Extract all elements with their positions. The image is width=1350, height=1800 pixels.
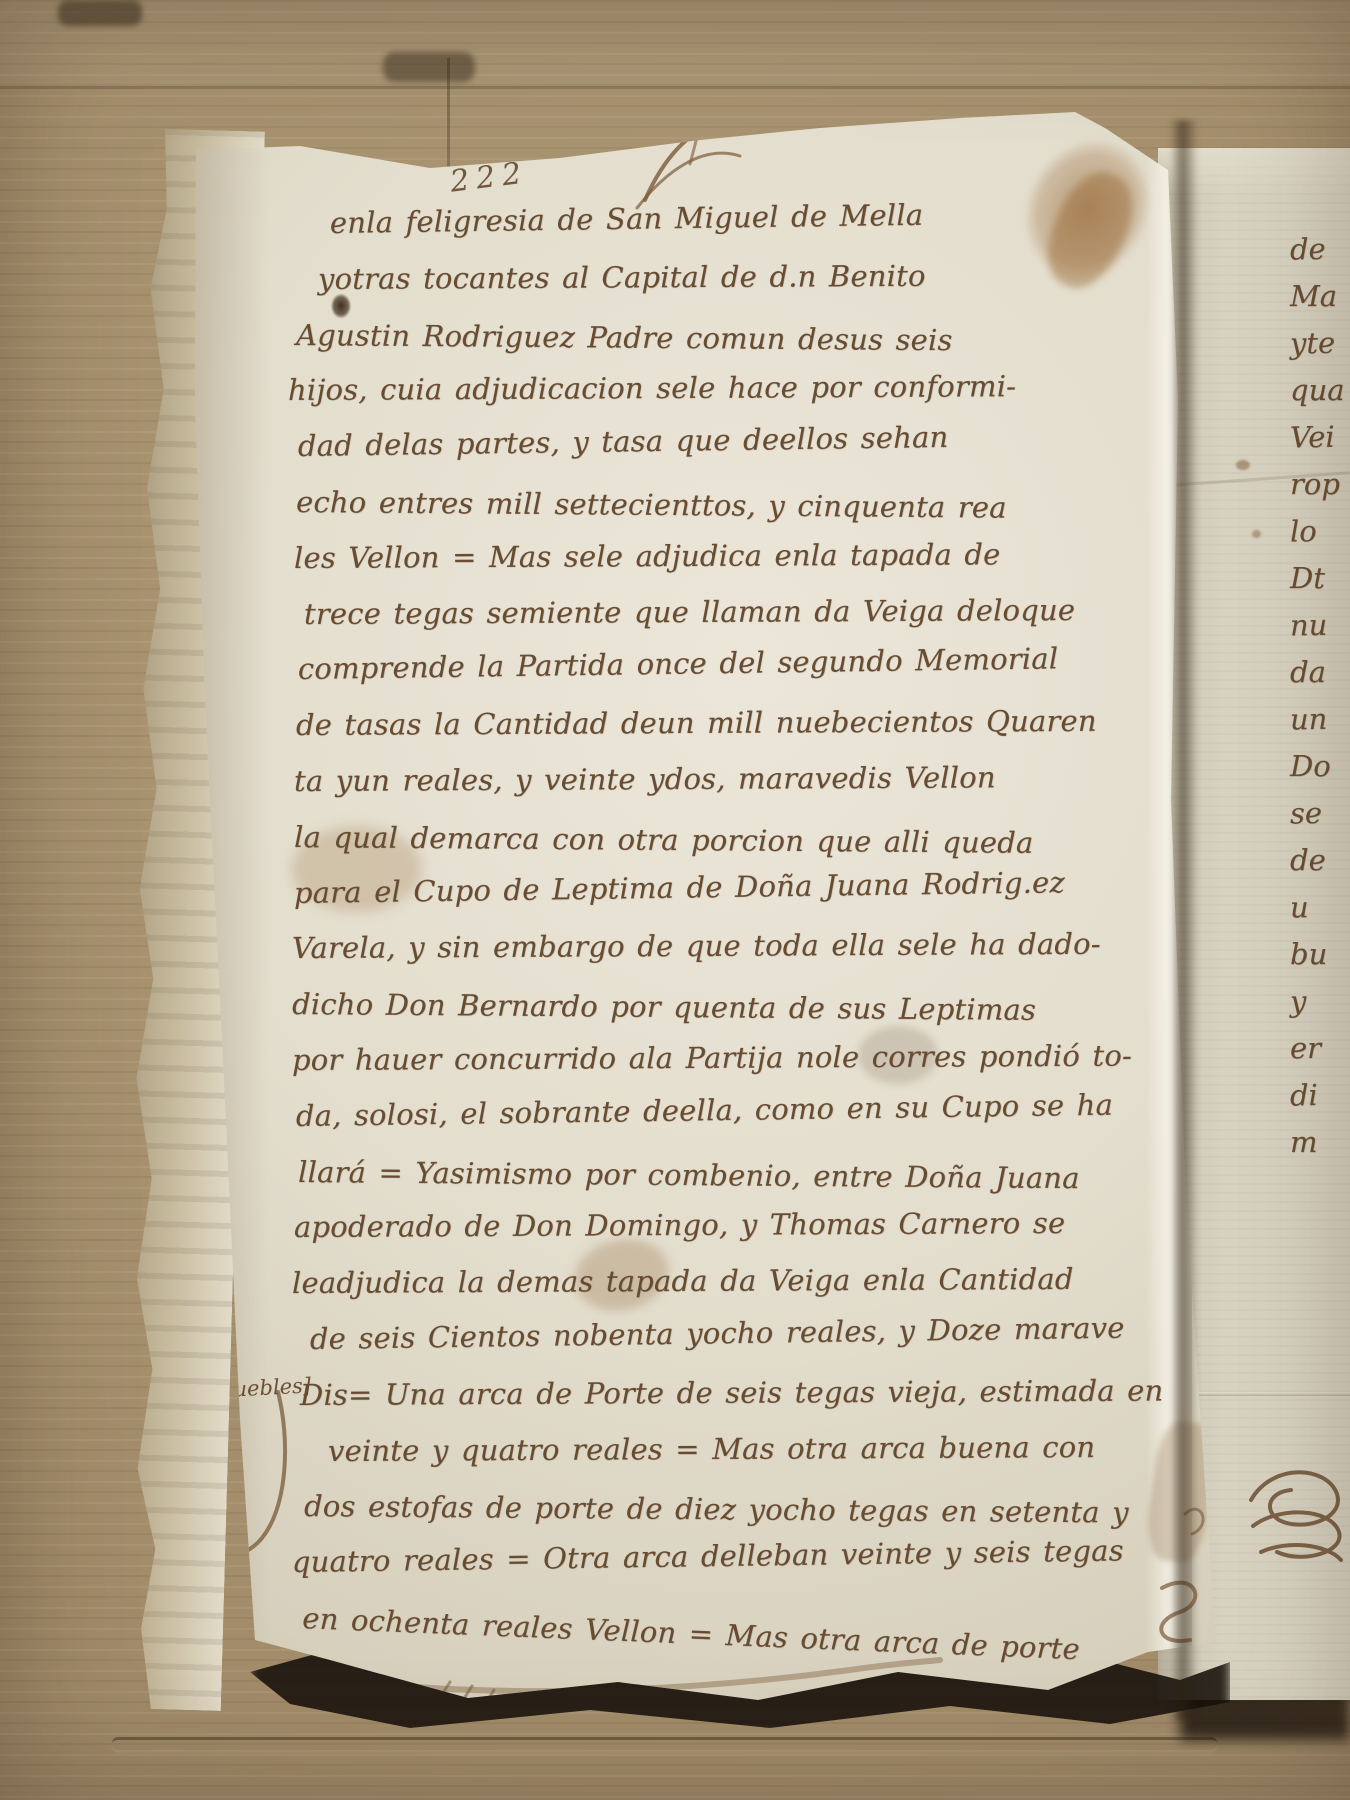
text-fragment: da [1290,655,1345,702]
page-seam-shadow [1170,120,1198,1720]
text-fragment: bu [1290,937,1345,984]
manuscript-line: de seis Cientos nobenta yocho reales, y … [310,1311,1079,1378]
text-fragment: Do [1290,749,1345,796]
cardboard-bottom-crease [112,1737,1217,1750]
text-fragment: Dt [1290,561,1345,608]
next-page-text-fragments: deMaytequaVeiroploDtnudaunDosedeubuyerdi… [1290,232,1345,1172]
manuscript-line: yotras tocantes al Capital de d.n Benito [318,258,1078,318]
text-fragment: yte [1290,326,1345,374]
text-fragment: Ma [1290,279,1345,326]
text-fragment: de [1290,232,1345,280]
manuscript-line: Dis= Una arca de Porte de seis tegas vie… [300,1374,1078,1434]
manuscript-line: comprende la Partida once del segundo Me… [298,641,1079,708]
manuscript-text-block: enla feligresia de San Miguel de Mellayo… [288,206,1078,1657]
manuscript-line: de tasas la Cantidad deun mill nuebecien… [296,704,1078,764]
text-fragment: se [1290,796,1345,844]
text-fragment: qua [1290,373,1345,420]
text-fragment: y [1290,984,1345,1032]
manuscript-line: Varela, y sin embargo de que toda ella s… [292,927,1078,987]
manuscript-line: quatro reales = Otra arca delleban veint… [292,1534,1079,1601]
cardboard-notch [383,52,475,82]
manuscript-line: dad delas partes, y tasa que deellos seh… [298,418,1079,485]
text-fragment: di [1290,1078,1345,1126]
manuscript-page: 222 Muebles] enla feligresia de San Migu… [150,110,1220,1705]
manuscript-line: ta yun reales, y veinte ydos, maravedis … [294,760,1078,820]
ink-dot [1252,530,1261,538]
text-fragment: lo [1290,514,1345,562]
manuscript-line: veinte y quatro reales = Mas otra arca b… [328,1430,1078,1490]
ink-dot [1236,460,1250,470]
text-fragment: er [1290,1031,1345,1078]
cardboard-corner-mark [58,0,142,26]
rubric-flourish-icon [1243,1448,1348,1573]
manuscript-line: da, solosi, el sobrante deella, como en … [296,1088,1079,1155]
text-fragment: un [1290,702,1345,750]
text-fragment: Vei [1290,420,1345,468]
manuscript-line: les Vellon = Mas sele adjudica enla tapa… [294,537,1078,597]
text-fragment: rop [1290,467,1345,514]
cardboard-top-flap [0,0,1350,89]
manuscript-line: enla feligresia de San Miguel de Mella [330,196,1079,262]
text-fragment: u [1290,890,1345,938]
text-fragment: nu [1290,608,1345,656]
text-fragment: m [1290,1125,1345,1172]
manuscript-line: apoderado de Don Domingo, y Thomas Carne… [294,1206,1078,1266]
photo-canvas: deMaytequaVeiroploDtnudaunDosedeubuyerdi… [0,0,1350,1800]
manuscript-line: para el Cupo de Leptima de Doña Juana Ro… [294,865,1079,932]
text-fragment: de [1290,843,1345,890]
